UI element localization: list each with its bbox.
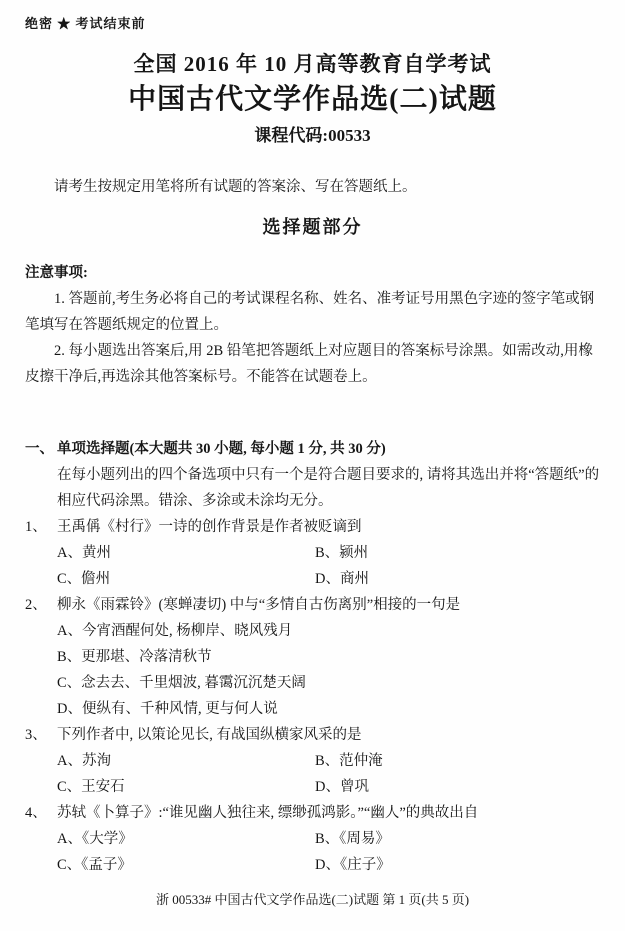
question-1-option-d: D、商州 bbox=[315, 566, 600, 592]
part-title: 选择题部分 bbox=[25, 214, 600, 240]
question-4-number: 4、 bbox=[25, 800, 57, 826]
course-code: 课程代码:00533 bbox=[25, 124, 600, 148]
question-1: 1、 王禹偁《村行》一诗的创作背景是作者被贬谪到 A、黄州 B、颍州 C、儋州 … bbox=[25, 514, 600, 592]
question-4-option-c: C、《孟子》 bbox=[57, 852, 315, 878]
question-3: 3、 下列作者中, 以策论见长, 有战国纵横家风采的是 A、苏洵 B、范仲淹 C… bbox=[25, 722, 600, 800]
exam-session-title: 全国 2016 年 10 月高等教育自学考试 bbox=[25, 49, 600, 79]
section-one: 一、 单项选择题(本大题共 30 小题, 每小题 1 分, 共 30 分) 在每… bbox=[25, 436, 600, 878]
section-one-instructions: 在每小题列出的四个备选项中只有一个是符合题目要求的, 请将其选出并将“答题纸”的… bbox=[25, 462, 600, 514]
question-4-option-d: D、《庄子》 bbox=[315, 852, 600, 878]
question-1-option-b: B、颍州 bbox=[315, 540, 600, 566]
question-1-option-a: A、黄州 bbox=[57, 540, 315, 566]
question-2-option-d: D、便纵有、千种风情, 更与何人说 bbox=[57, 696, 600, 722]
section-one-heading: 一、 单项选择题(本大题共 30 小题, 每小题 1 分, 共 30 分) bbox=[25, 436, 600, 462]
question-4-options: A、《大学》 B、《周易》 C、《孟子》 D、《庄子》 bbox=[25, 826, 600, 878]
question-3-options: A、苏洵 B、范仲淹 C、王安石 D、曾巩 bbox=[25, 748, 600, 800]
question-3-option-a: A、苏洵 bbox=[57, 748, 315, 774]
question-2-option-a: A、今宵酒醒何处, 杨柳岸、晓风残月 bbox=[57, 618, 600, 644]
answer-instruction: 请考生按规定用笔将所有试题的答案涂、写在答题纸上。 bbox=[25, 174, 600, 200]
section-one-heading-text: 单项选择题(本大题共 30 小题, 每小题 1 分, 共 30 分) bbox=[57, 436, 386, 462]
page-footer: 浙 00533# 中国古代文学作品选(二)试题 第 1 页(共 5 页) bbox=[0, 887, 625, 913]
question-4: 4、 苏轼《卜算子》:“谁见幽人独往来, 缥缈孤鸿影。”“幽人”的典故出自 A、… bbox=[25, 800, 600, 878]
section-one-number: 一、 bbox=[25, 436, 57, 462]
question-2-head: 2、 柳永《雨霖铃》(寒蝉凄切) 中与“多情自古伤离别”相接的一句是 bbox=[25, 592, 600, 618]
question-3-option-c: C、王安石 bbox=[57, 774, 315, 800]
question-2-option-b: B、更那堪、冷落清秋节 bbox=[57, 644, 600, 670]
question-2-options: A、今宵酒醒何处, 杨柳岸、晓风残月 B、更那堪、冷落清秋节 C、念去去、千里烟… bbox=[25, 618, 600, 722]
question-3-option-b: B、范仲淹 bbox=[315, 748, 600, 774]
question-1-option-c: C、儋州 bbox=[57, 566, 315, 592]
question-3-head: 3、 下列作者中, 以策论见长, 有战国纵横家风采的是 bbox=[25, 722, 600, 748]
note-item-2: 2. 每小题选出答案后,用 2B 铅笔把答题纸上对应题目的答案标号涂黑。如需改动… bbox=[25, 338, 600, 390]
exam-paper-page: 绝密 ★ 考试结束前 全国 2016 年 10 月高等教育自学考试 中国古代文学… bbox=[0, 0, 625, 931]
question-2-stem: 柳永《雨霖铃》(寒蝉凄切) 中与“多情自古伤离别”相接的一句是 bbox=[57, 592, 600, 618]
question-1-options: A、黄州 B、颍州 C、儋州 D、商州 bbox=[25, 540, 600, 592]
question-2: 2、 柳永《雨霖铃》(寒蝉凄切) 中与“多情自古伤离别”相接的一句是 A、今宵酒… bbox=[25, 592, 600, 722]
notes-title: 注意事项: bbox=[25, 260, 600, 286]
security-notice: 绝密 ★ 考试结束前 bbox=[25, 8, 600, 37]
question-1-head: 1、 王禹偁《村行》一诗的创作背景是作者被贬谪到 bbox=[25, 514, 600, 540]
question-1-number: 1、 bbox=[25, 514, 57, 540]
question-4-stem: 苏轼《卜算子》:“谁见幽人独往来, 缥缈孤鸿影。”“幽人”的典故出自 bbox=[57, 800, 600, 826]
question-1-stem: 王禹偁《村行》一诗的创作背景是作者被贬谪到 bbox=[57, 514, 600, 540]
question-4-option-a: A、《大学》 bbox=[57, 826, 315, 852]
question-3-option-d: D、曾巩 bbox=[315, 774, 600, 800]
question-2-option-c: C、念去去、千里烟波, 暮霭沉沉楚天阔 bbox=[57, 670, 600, 696]
note-item-1: 1. 答题前,考生务必将自己的考试课程名称、姓名、准考证号用黑色字迹的签字笔或钢… bbox=[25, 286, 600, 338]
question-3-number: 3、 bbox=[25, 722, 57, 748]
paper-title: 中国古代文学作品选(二)试题 bbox=[25, 82, 600, 118]
question-4-option-b: B、《周易》 bbox=[315, 826, 600, 852]
question-3-stem: 下列作者中, 以策论见长, 有战国纵横家风采的是 bbox=[57, 722, 600, 748]
question-2-number: 2、 bbox=[25, 592, 57, 618]
question-4-head: 4、 苏轼《卜算子》:“谁见幽人独往来, 缥缈孤鸿影。”“幽人”的典故出自 bbox=[25, 800, 600, 826]
